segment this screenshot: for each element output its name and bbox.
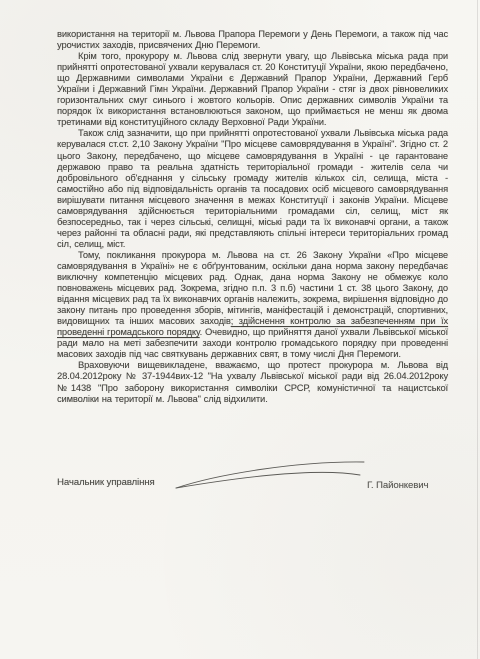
paragraph-self-government-law: Також слід зазначити, що при прийнятті о… xyxy=(57,128,448,250)
signatory-title: Начальник управління xyxy=(57,477,155,488)
handwritten-signature xyxy=(170,458,370,492)
paragraph-constitution: Крім того, прокурору м. Львова слід звер… xyxy=(57,51,448,128)
paragraph-argument: Тому, покликання прокурора м. Львова на … xyxy=(57,250,448,360)
signatory-name: Г. Пайонкевич xyxy=(367,480,428,491)
document-body: використання на території м. Львова Прап… xyxy=(57,29,448,405)
paragraph-conclusion: Враховуючи вищевикладене, вважаємо, що п… xyxy=(57,360,448,404)
paragraph-continuation: використання на території м. Львова Прап… xyxy=(57,29,448,51)
scanned-document-page: використання на території м. Львова Прап… xyxy=(0,0,480,659)
paragraph-text: Тому, покликання прокурора м. Львова на … xyxy=(57,250,448,326)
